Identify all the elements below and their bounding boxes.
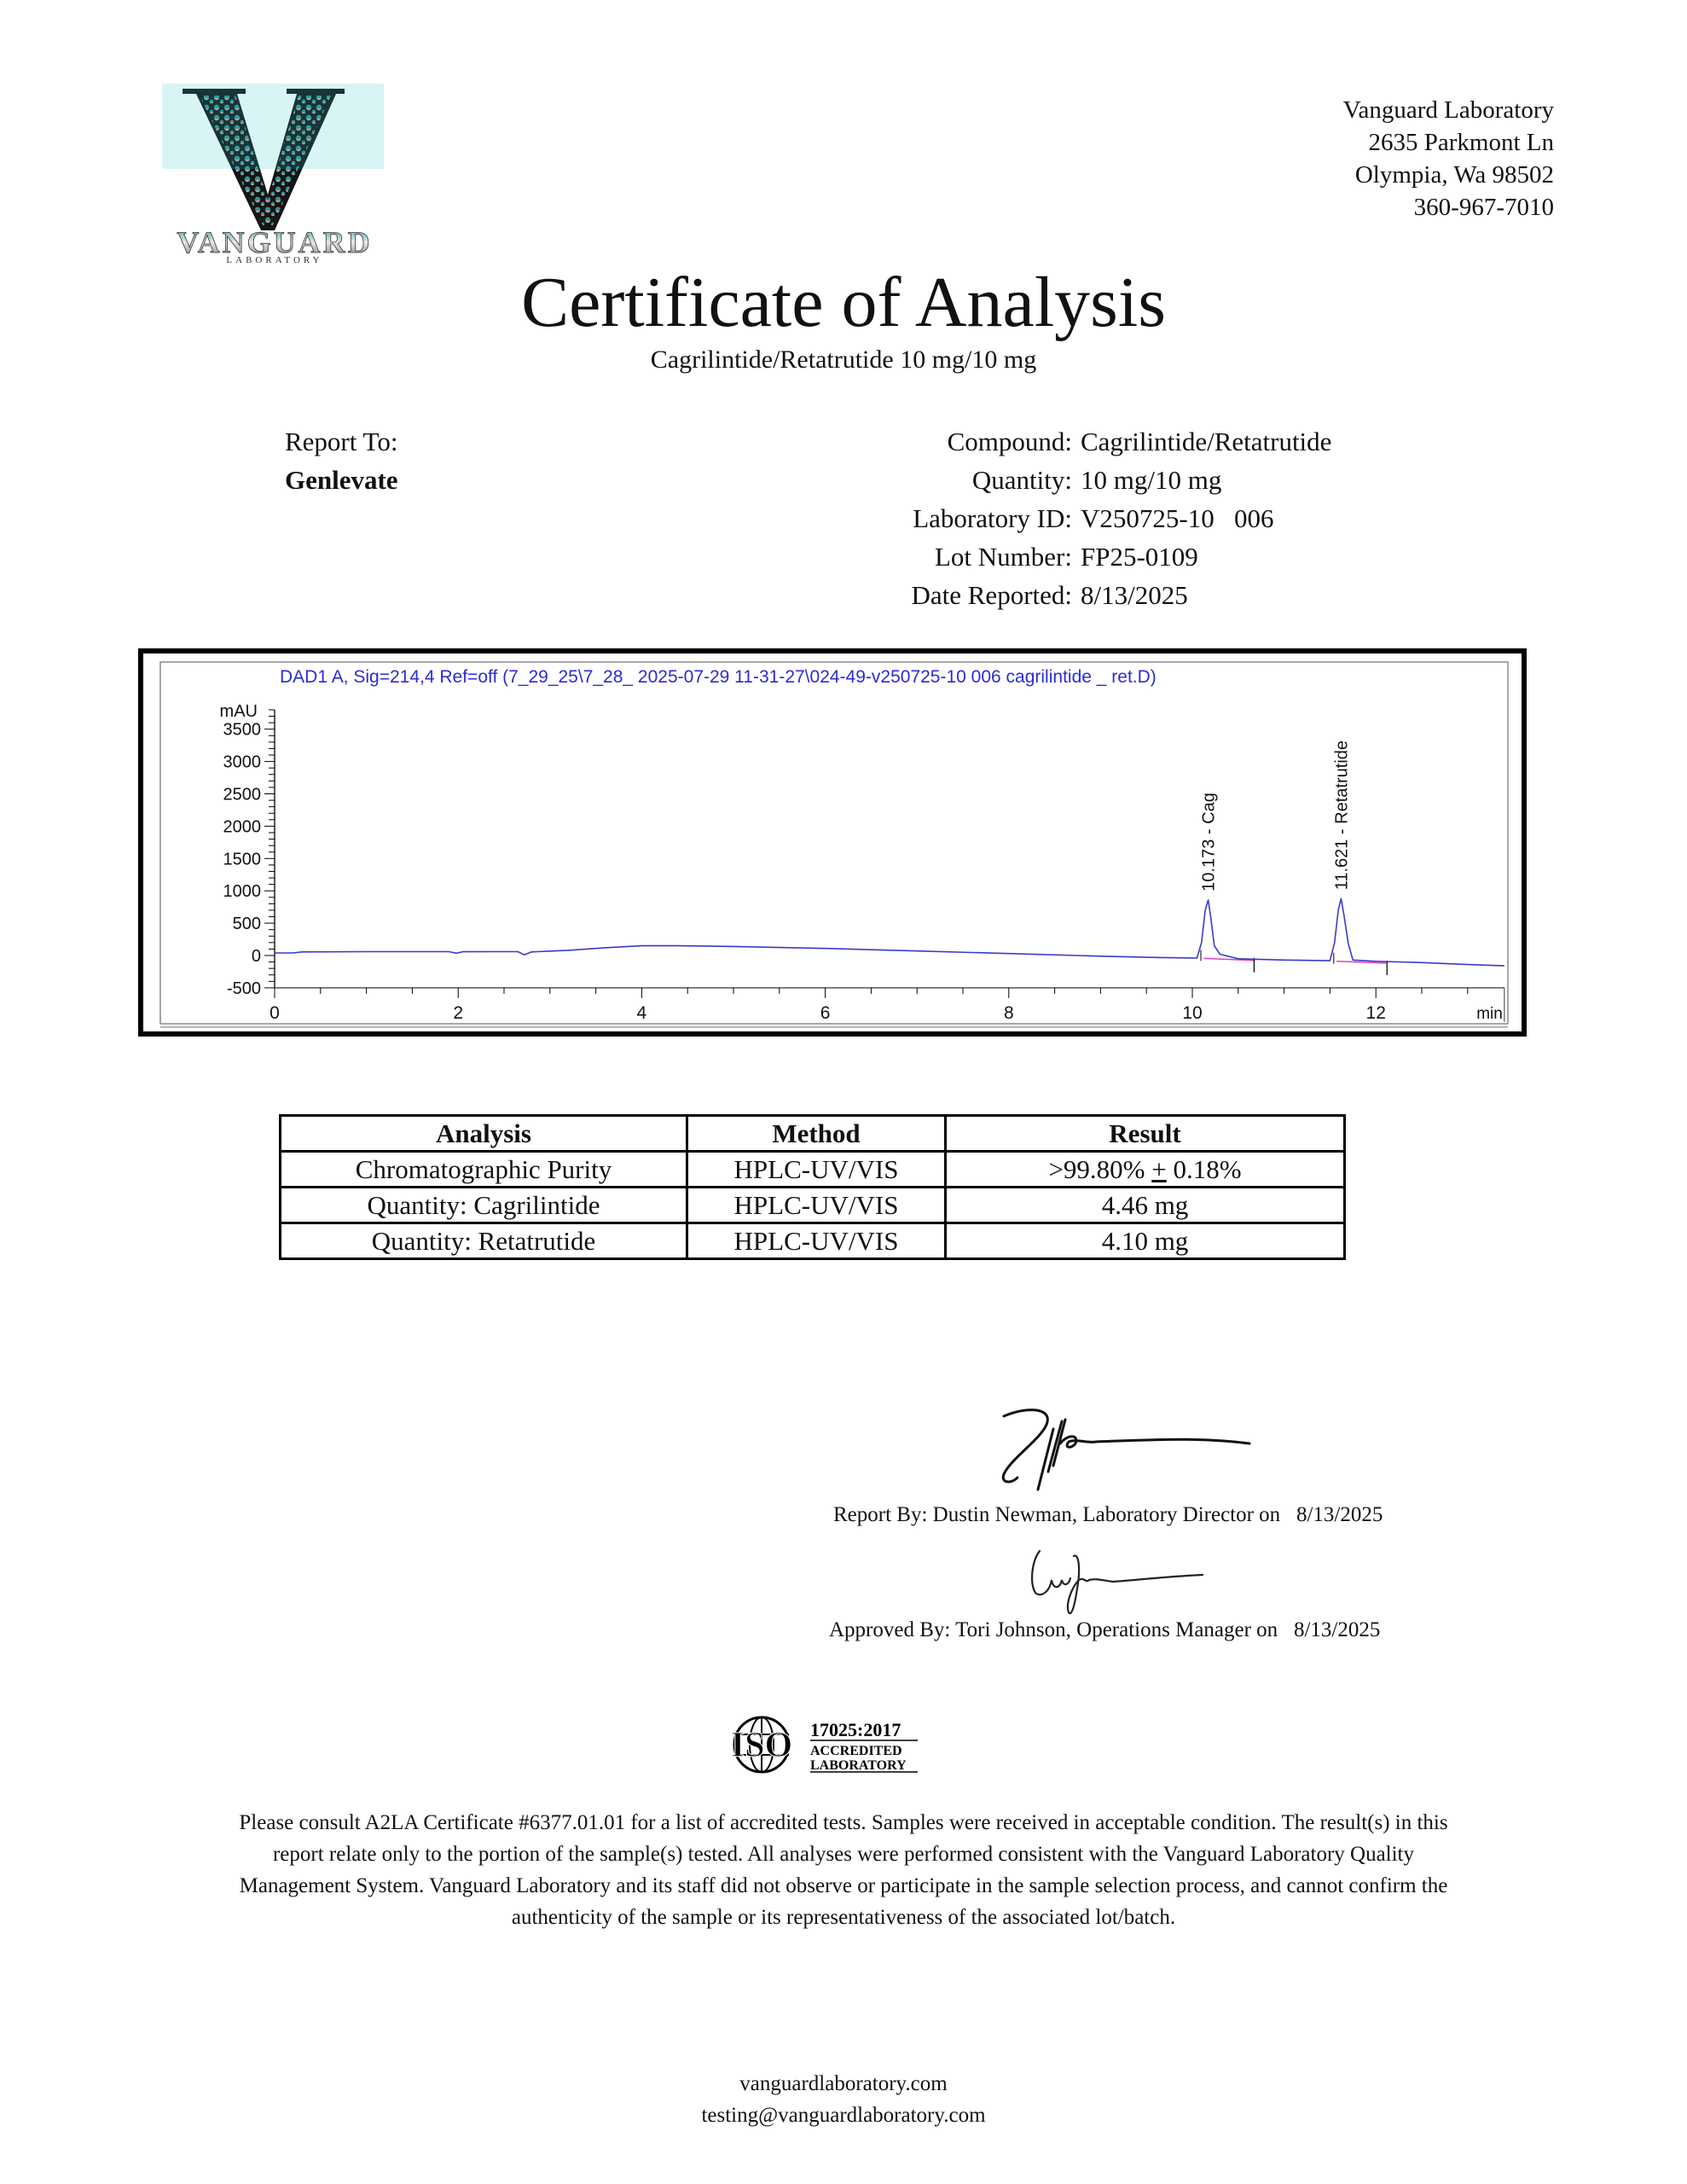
page-subtitle: Cagrilintide/Retatrutide 10 mg/10 mg: [0, 346, 1687, 375]
manager-signature-icon: [1028, 1544, 1215, 1621]
lab-street: 2635 Parkmont Ln: [1343, 126, 1554, 159]
footer: vanguardlaboratory.com testing@vanguardl…: [0, 2068, 1687, 2131]
disclaimer-line: report relate only to the portion of the…: [154, 1838, 1533, 1870]
svg-text:DAD1 A, Sig=214,4 Ref=off (7_2: DAD1 A, Sig=214,4 Ref=off (7_29_25\7_28_…: [280, 667, 1157, 687]
director-signature-icon: [994, 1399, 1267, 1493]
table-row: Chromatographic Purity HPLC-UV/VIS >99.8…: [281, 1152, 1345, 1188]
analysis-cell: Quantity: Cagrilintide: [281, 1188, 687, 1223]
svg-text:3500: 3500: [223, 721, 262, 740]
lab-id-label: Laboratory ID:: [768, 499, 1081, 537]
plus-minus-symbol: +: [1151, 1154, 1166, 1184]
svg-text:500: 500: [233, 915, 261, 933]
vanguard-v-icon: VANGUARD LABORATORY: [162, 84, 384, 263]
result-cell: 4.46 mg: [946, 1188, 1345, 1223]
quantity-label: Quantity:: [768, 461, 1081, 499]
svg-text:4: 4: [637, 1003, 647, 1023]
lab-address: Vanguard Laboratory 2635 Parkmont Ln Oly…: [1343, 94, 1554, 224]
chromatogram-plot: DAD1 A, Sig=214,4 Ref=off (7_29_25\7_28_…: [143, 653, 1522, 1031]
svg-text:0: 0: [252, 947, 261, 966]
result-tolerance: 0.18%: [1167, 1154, 1242, 1184]
analysis-cell: Chromatographic Purity: [281, 1152, 687, 1188]
lab-city: Olympia, Wa 98502: [1343, 159, 1554, 191]
date-reported-value: 8/13/2025: [1081, 576, 1188, 614]
compound-value: Cagrilintide/Retatrutide: [1081, 422, 1331, 461]
iso-mark: ISO: [731, 1726, 792, 1765]
svg-text:10: 10: [1182, 1003, 1202, 1023]
sample-info-row: Laboratory ID: V250725-10 006: [768, 499, 1331, 537]
table-header-row: Analysis Method Result: [281, 1116, 1345, 1152]
iso-accreditation-badge: ISO 17025:2017 ACCREDITED LABORATORY: [725, 1711, 921, 1779]
svg-text:mAU: mAU: [220, 702, 258, 721]
header-result: Result: [946, 1116, 1345, 1152]
svg-text:6: 6: [820, 1003, 831, 1023]
sample-info-row: Date Reported: 8/13/2025: [768, 576, 1331, 614]
chromatogram: DAD1 A, Sig=214,4 Ref=off (7_29_25\7_28_…: [138, 648, 1527, 1037]
sample-info-row: Lot Number: FP25-0109: [768, 537, 1331, 576]
lot-number-value: FP25-0109: [1081, 537, 1198, 576]
report-by-line: Report By: Dustin Newman, Laboratory Dir…: [833, 1503, 1383, 1527]
svg-text:-500: -500: [227, 979, 261, 998]
header-method: Method: [687, 1116, 946, 1152]
date-reported-label: Date Reported:: [768, 576, 1081, 614]
report-by-text: Report By: Dustin Newman, Laboratory Dir…: [833, 1503, 1280, 1526]
table-row: Quantity: Retatrutide HPLC-UV/VIS 4.10 m…: [281, 1223, 1345, 1259]
client-name: Genlevate: [285, 461, 398, 499]
iso-standard: 17025:2017: [810, 1719, 901, 1740]
result-cell: >99.80% + 0.18%: [946, 1152, 1345, 1188]
svg-text:2500: 2500: [223, 786, 262, 804]
report-to-label: Report To:: [285, 422, 398, 461]
sample-info-row: Compound: Cagrilintide/Retatrutide: [768, 422, 1331, 461]
iso-laboratory: LABORATORY: [810, 1758, 907, 1773]
sample-info-row: Quantity: 10 mg/10 mg: [768, 461, 1331, 499]
approved-by-text: Approved By: Tori Johnson, Operations Ma…: [829, 1618, 1278, 1641]
lab-id-value: V250725-10 006: [1081, 499, 1273, 537]
lab-name: Vanguard Laboratory: [1343, 94, 1554, 126]
disclaimer-line: Management System. Vanguard Laboratory a…: [154, 1870, 1533, 1902]
disclaimer-line: authenticity of the sample or its repres…: [154, 1902, 1533, 1933]
result-cell: 4.10 mg: [946, 1223, 1345, 1259]
method-cell: HPLC-UV/VIS: [687, 1188, 946, 1223]
approved-by-line: Approved By: Tori Johnson, Operations Ma…: [829, 1618, 1380, 1642]
iso-globe-icon: ISO 17025:2017 ACCREDITED LABORATORY: [725, 1711, 921, 1779]
svg-text:min: min: [1476, 1005, 1503, 1023]
vanguard-logo: VANGUARD LABORATORY: [162, 84, 384, 263]
report-by-date: 8/13/2025: [1296, 1503, 1383, 1526]
svg-text:11.621 - Retatrutide: 11.621 - Retatrutide: [1332, 741, 1351, 890]
sample-info: Compound: Cagrilintide/Retatrutide Quant…: [768, 422, 1331, 614]
svg-text:1000: 1000: [223, 882, 262, 901]
svg-text:1500: 1500: [223, 850, 262, 868]
footer-website: vanguardlaboratory.com: [0, 2068, 1687, 2100]
quantity-value: 10 mg/10 mg: [1081, 461, 1221, 499]
disclaimer-line: Please consult A2LA Certificate #6377.01…: [154, 1807, 1533, 1838]
compound-label: Compound:: [768, 422, 1081, 461]
analysis-cell: Quantity: Retatrutide: [281, 1223, 687, 1259]
lab-phone: 360-967-7010: [1343, 191, 1554, 224]
table-row: Quantity: Cagrilintide HPLC-UV/VIS 4.46 …: [281, 1188, 1345, 1223]
approved-by-date: 8/13/2025: [1294, 1618, 1380, 1641]
svg-text:12: 12: [1366, 1003, 1386, 1023]
results-table: Analysis Method Result Chromatographic P…: [279, 1114, 1346, 1260]
logo-wordmark: VANGUARD: [177, 225, 372, 259]
report-to-block: Report To: Genlevate: [285, 422, 398, 499]
method-cell: HPLC-UV/VIS: [687, 1152, 946, 1188]
iso-accredited: ACCREDITED: [810, 1744, 902, 1758]
svg-text:10.173 - Cag: 10.173 - Cag: [1200, 793, 1219, 892]
svg-text:2: 2: [453, 1003, 463, 1023]
svg-text:0: 0: [270, 1003, 280, 1023]
page-title: Certificate of Analysis: [0, 260, 1687, 346]
svg-text:3000: 3000: [223, 753, 262, 772]
result-value: >99.80%: [1048, 1154, 1151, 1184]
method-cell: HPLC-UV/VIS: [687, 1223, 946, 1259]
svg-text:2000: 2000: [223, 817, 262, 836]
header-analysis: Analysis: [281, 1116, 687, 1152]
footer-email: testing@vanguardlaboratory.com: [0, 2100, 1687, 2131]
lot-number-label: Lot Number:: [768, 537, 1081, 576]
disclaimer: Please consult A2LA Certificate #6377.01…: [154, 1807, 1533, 1933]
svg-text:8: 8: [1004, 1003, 1014, 1023]
